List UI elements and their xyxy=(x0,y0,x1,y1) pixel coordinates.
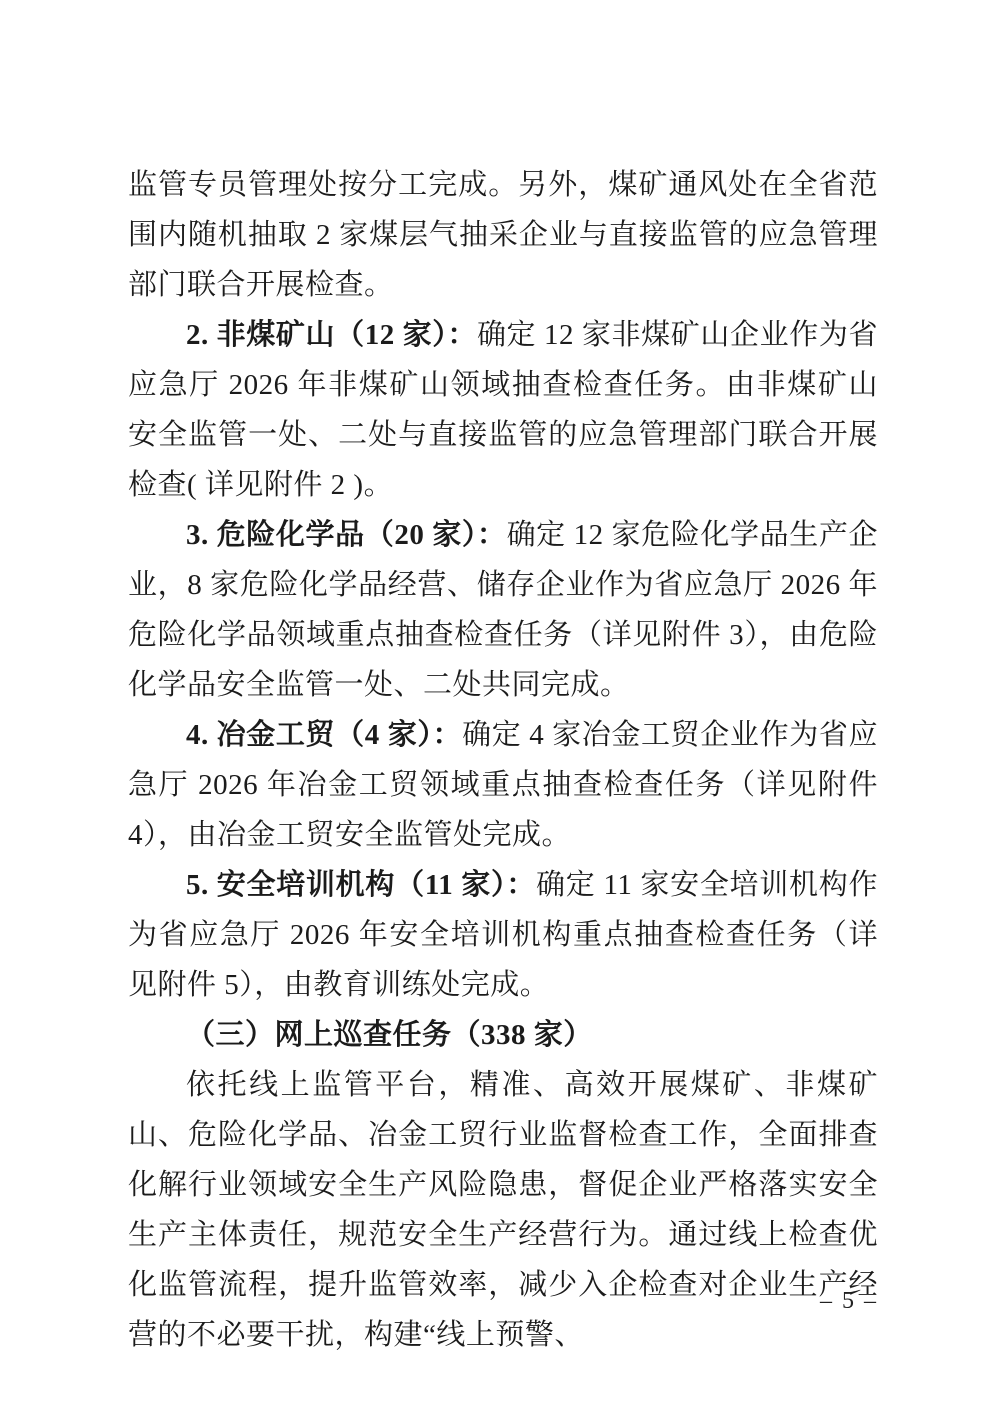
document-page: 监管专员管理处按分工完成。另外，煤矿通风处在全省范围内随机抽取 2 家煤层气抽采… xyxy=(0,0,1000,1414)
paragraph-lead: 3. 危险化学品（20 家）： xyxy=(186,519,507,551)
paragraph-item-4: 4. 冶金工贸（4 家）：确定 4 家冶金工贸企业作为省应急厅 2026 年冶金… xyxy=(128,710,878,860)
section-heading-text: （三）网上巡查任务（338 家） xyxy=(186,1019,593,1051)
page-number: – 5 – xyxy=(820,1284,878,1318)
paragraph-item-5: 5. 安全培训机构（11 家）：确定 11 家安全培训机构作为省应急厅 2026… xyxy=(128,860,878,1010)
paragraph-continued: 监管专员管理处按分工完成。另外，煤矿通风处在全省范围内随机抽取 2 家煤层气抽采… xyxy=(128,160,878,310)
paragraph-text: 依托线上监管平台，精准、高效开展煤矿、非煤矿山、危险化学品、冶金工贸行业监督检查… xyxy=(128,1069,878,1351)
paragraph-lead: 2. 非煤矿山（12 家）： xyxy=(186,319,477,351)
paragraph-item-2: 2. 非煤矿山（12 家）：确定 12 家非煤矿山企业作为省应急厅 2026 年… xyxy=(128,310,878,510)
paragraph-lead: 4. 冶金工贸（4 家）： xyxy=(186,719,462,751)
paragraph-closing: 依托线上监管平台，精准、高效开展煤矿、非煤矿山、危险化学品、冶金工贸行业监督检查… xyxy=(128,1060,878,1360)
paragraph-item-3: 3. 危险化学品（20 家）：确定 12 家危险化学品生产企业，8 家危险化学品… xyxy=(128,510,878,710)
document-body: 监管专员管理处按分工完成。另外，煤矿通风处在全省范围内随机抽取 2 家煤层气抽采… xyxy=(128,160,878,1360)
paragraph-text: 监管专员管理处按分工完成。另外，煤矿通风处在全省范围内随机抽取 2 家煤层气抽采… xyxy=(128,169,878,301)
section-heading: （三）网上巡查任务（338 家） xyxy=(128,1010,878,1060)
paragraph-lead: 5. 安全培训机构（11 家）： xyxy=(186,869,536,901)
